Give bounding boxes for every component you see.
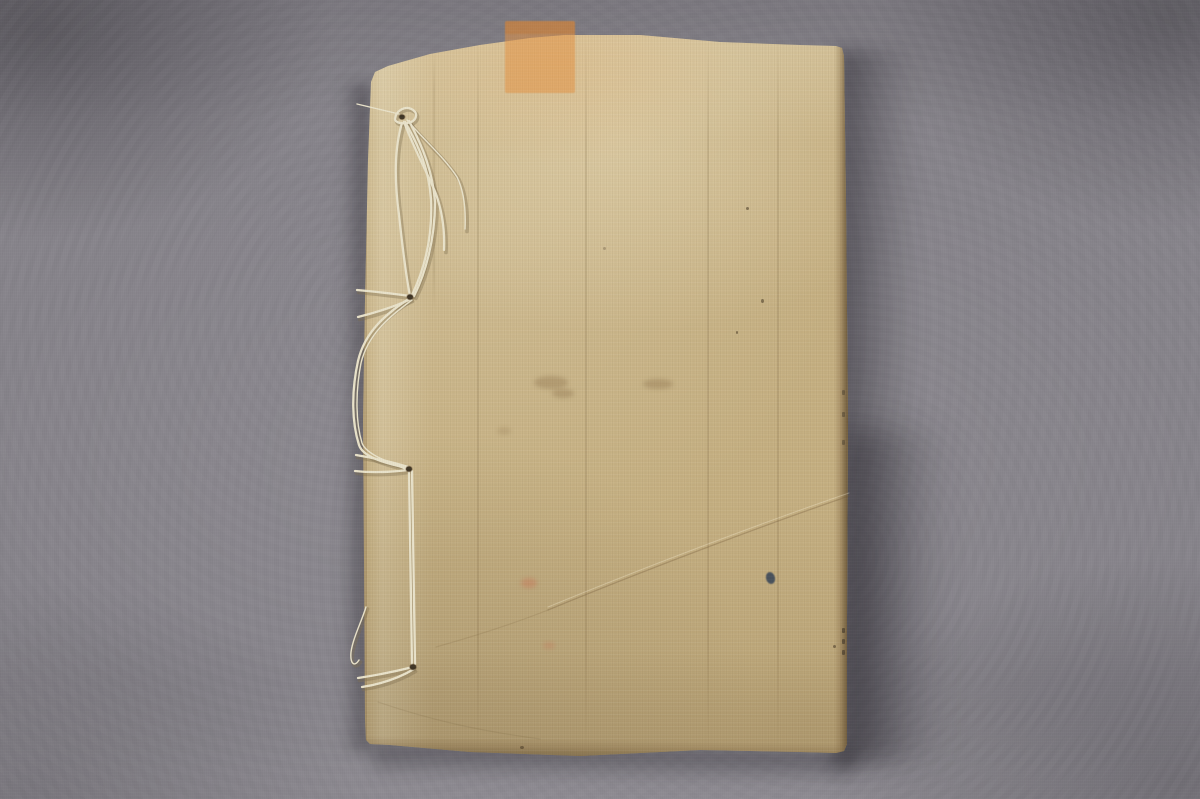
dirt-speck xyxy=(746,207,749,210)
photograph-canvas xyxy=(0,0,1200,799)
tape-strip xyxy=(505,21,575,93)
wormhole-mark xyxy=(842,440,845,445)
cover-fold-line xyxy=(707,38,709,750)
dirt-speck xyxy=(603,247,606,250)
wormhole-mark xyxy=(842,412,845,417)
dirt-speck xyxy=(520,746,524,749)
dirt-speck xyxy=(736,331,738,334)
smudge-stain xyxy=(497,427,511,435)
dirt-speck xyxy=(833,645,836,648)
red-mark xyxy=(543,642,555,649)
red-mark xyxy=(521,578,537,588)
cover-fold-line xyxy=(433,50,435,310)
smudge-stain xyxy=(552,389,574,398)
dirt-speck xyxy=(761,299,764,303)
smudge-stain xyxy=(643,379,673,389)
wormhole-mark xyxy=(842,650,845,655)
cover-fold-line xyxy=(777,38,779,750)
wormhole-mark xyxy=(842,639,845,644)
cover-fold-line xyxy=(585,38,587,750)
smudge-stain xyxy=(534,376,568,389)
wormhole-mark xyxy=(842,628,845,633)
wormhole-mark xyxy=(842,390,845,395)
cover-fold-line xyxy=(477,38,479,750)
